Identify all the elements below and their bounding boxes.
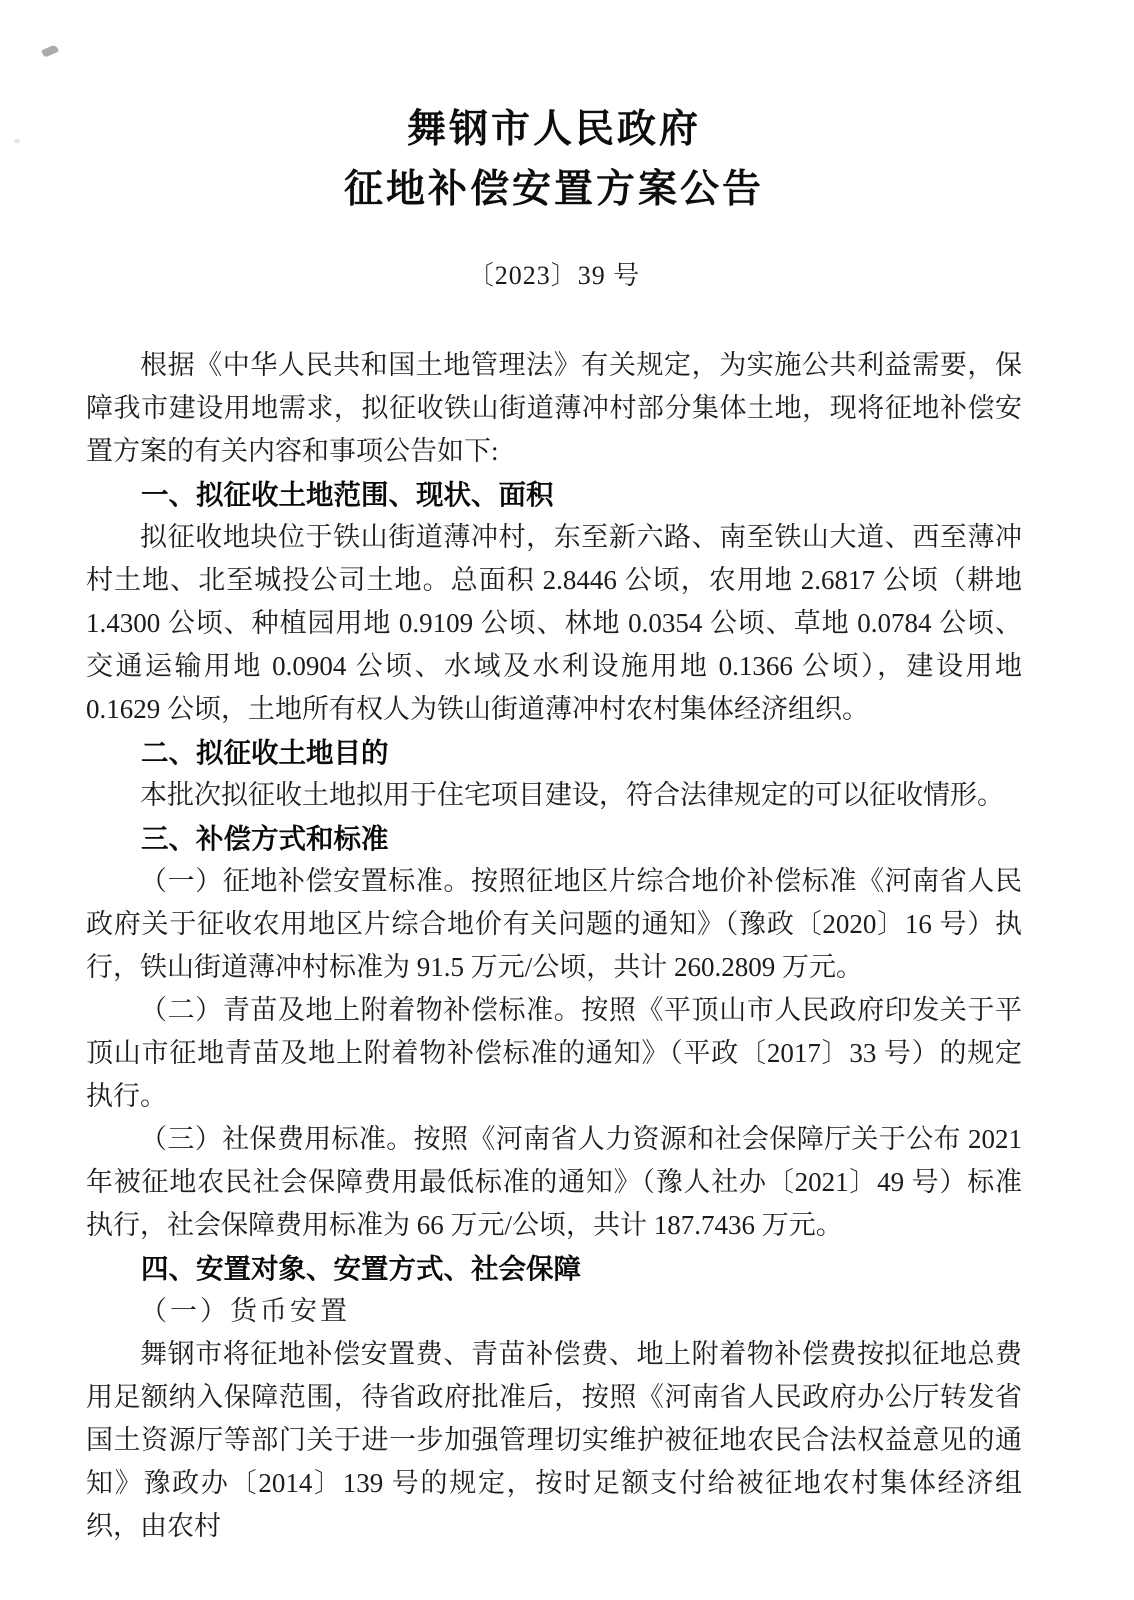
section-heading: 四、安置对象、安置方式、社会保障	[86, 1247, 1022, 1290]
section-heading: 一、拟征收土地范围、现状、面积	[86, 473, 1022, 516]
body-paragraph: （三）社保费用标准。按照《河南省人力资源和社会保障厅关于公布 2021 年被征地…	[86, 1118, 1022, 1247]
body-paragraph: 根据《中华人民共和国土地管理法》有关规定，为实施公共利益需要，保障我市建设用地需…	[86, 344, 1022, 473]
body-paragraph: 本批次拟征收土地拟用于住宅项目建设，符合法律规定的可以征收情形。	[86, 774, 1022, 817]
scan-speck-mark	[14, 139, 20, 143]
body-paragraph: （二）青苗及地上附着物补偿标准。按照《平顶山市人民政府印发关于平顶山市征地青苗及…	[86, 989, 1022, 1118]
document-body: 根据《中华人民共和国土地管理法》有关规定，为实施公共利益需要，保障我市建设用地需…	[86, 344, 1022, 1548]
body-paragraph: 舞钢市将征地补偿安置费、青苗补偿费、地上附着物补偿费按拟征地总费用足额纳入保障范…	[86, 1333, 1022, 1548]
body-paragraph: 拟征收地块位于铁山街道薄冲村，东至新六路、南至铁山大道、西至薄冲村土地、北至城投…	[86, 516, 1022, 731]
sub-section-heading: （一）货币安置	[86, 1290, 1022, 1333]
document-title-line1: 舞钢市人民政府	[86, 100, 1022, 160]
document-number: 〔2023〕39 号	[86, 260, 1022, 292]
scan-smudge-mark	[41, 44, 59, 58]
body-paragraph: （一）征地补偿安置标准。按照征地区片综合地价补偿标准《河南省人民政府关于征收农用…	[86, 860, 1022, 989]
section-heading: 三、补偿方式和标准	[86, 817, 1022, 860]
document-page: 舞钢市人民政府 征地补偿安置方案公告 〔2023〕39 号 根据《中华人民共和国…	[0, 0, 1134, 1600]
section-heading: 二、拟征收土地目的	[86, 731, 1022, 774]
document-title-line2: 征地补偿安置方案公告	[86, 160, 1022, 220]
